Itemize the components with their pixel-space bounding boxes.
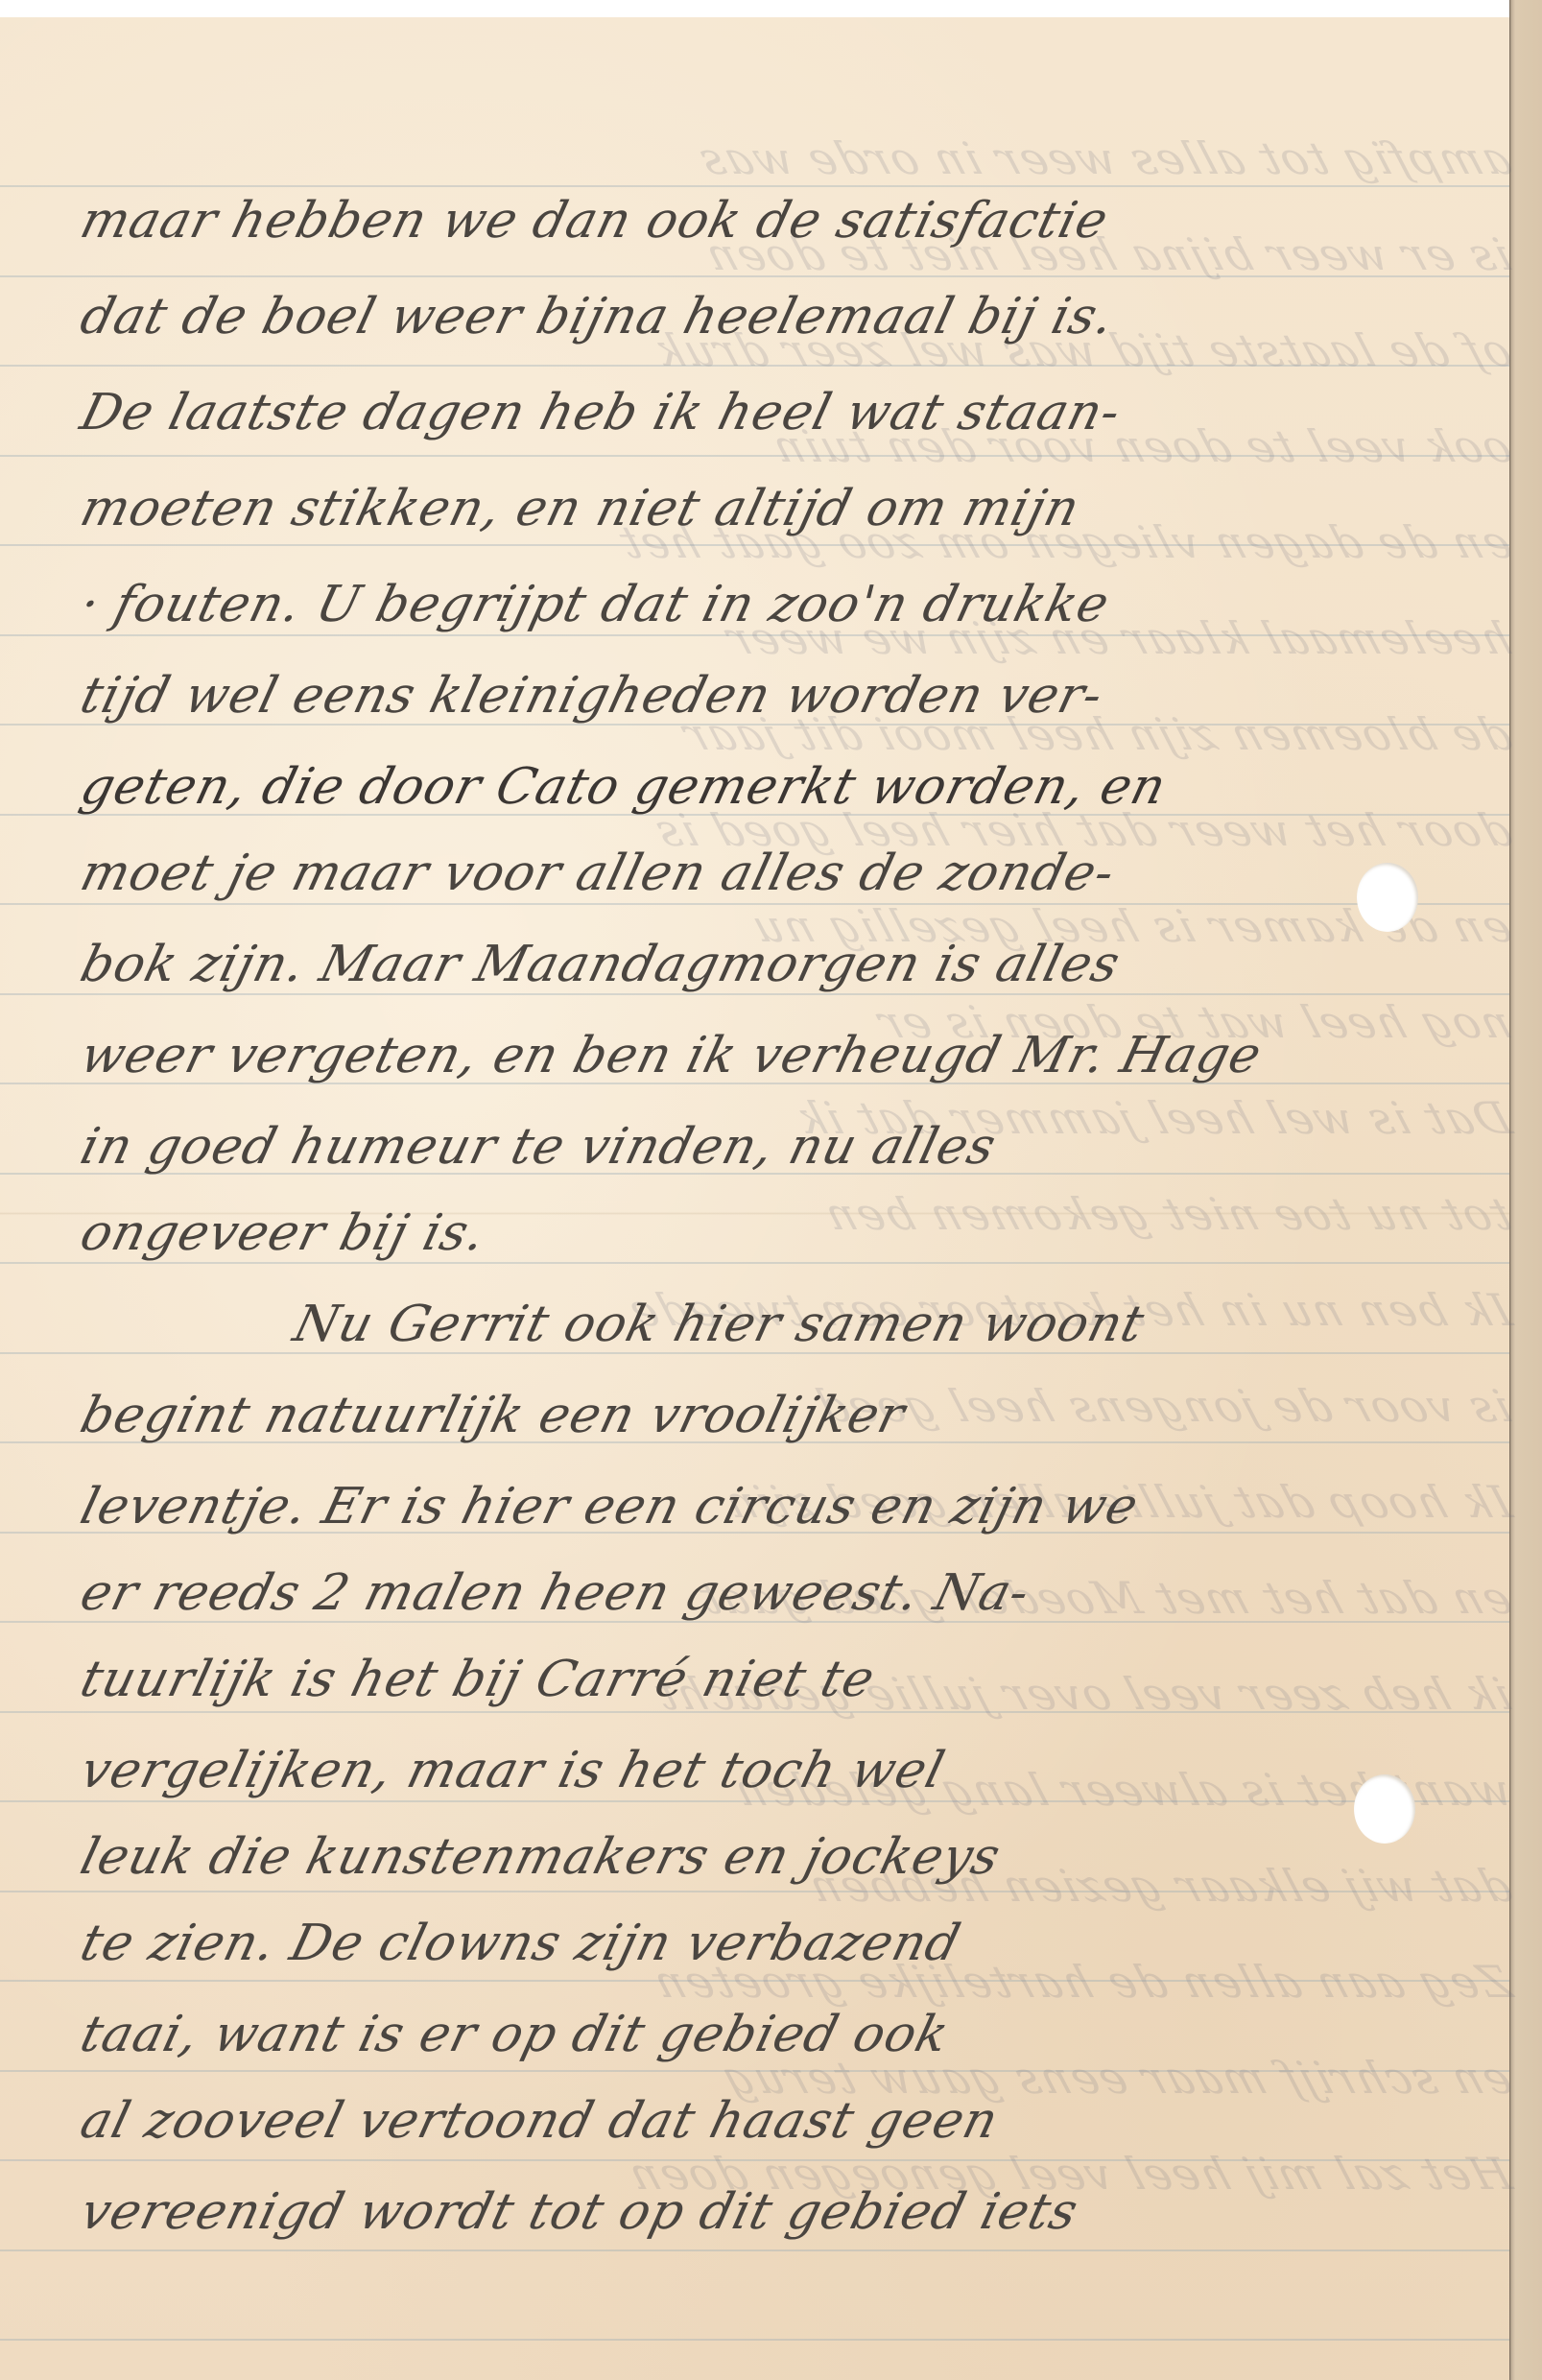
- handwritten-line: · fouten. U begrijpt dat in zoo'n drukke: [75, 576, 1399, 633]
- ruled-line: [0, 903, 1509, 905]
- handwritten-line: bok zijn. Maar Maandagmorgen is alles: [75, 936, 1399, 993]
- punch-hole: [1354, 1774, 1415, 1844]
- handwritten-line: er reeds 2 malen heen geweest. Na-: [75, 1564, 1399, 1622]
- ruled-line: [0, 544, 1509, 546]
- letter-page: ampfig tot alles weer in orde wasis er w…: [0, 17, 1509, 2380]
- bleed-through-line: ampfig tot alles weer in orde was: [0, 132, 1518, 184]
- handwritten-line: maar hebben we dan ook de satisfactie: [75, 192, 1399, 250]
- handwritten-line: te zien. De clowns zijn verbazend: [75, 1915, 1399, 1972]
- ruled-line: [0, 634, 1509, 636]
- ruled-line: [0, 1980, 1509, 1982]
- ruled-line: [0, 1262, 1509, 1264]
- ruled-line: [0, 455, 1509, 457]
- ruled-line: [0, 1711, 1509, 1713]
- handwritten-line: al zooveel vertoond dat haast geen: [75, 2092, 1399, 2150]
- handwritten-line: dat de boel weer bijna heelemaal bij is.: [75, 288, 1399, 345]
- ruled-line: [0, 2249, 1509, 2251]
- punch-hole: [1357, 863, 1418, 932]
- handwritten-line: vergelijken, maar is het toch wel: [75, 1742, 1399, 1799]
- handwritten-line: tijd wel eens kleinigheden worden ver-: [75, 667, 1399, 725]
- ruled-line: [0, 185, 1509, 187]
- handwritten-line: geten, die door Cato gemerkt worden, en: [75, 758, 1399, 816]
- handwritten-line: De laatste dagen heb ik heel wat staan-: [75, 384, 1399, 441]
- handwritten-line: leuk die kunstenmakers en jockeys: [75, 1828, 1399, 1886]
- handwritten-line: moeten stikken, en niet altijd om mijn: [75, 480, 1399, 537]
- handwritten-line: weer vergeten, en ben ik verheugd Mr. Ha…: [75, 1027, 1399, 1084]
- ruled-line: [0, 2159, 1509, 2161]
- handwritten-line: in goed humeur te vinden, nu alles: [75, 1118, 1399, 1176]
- ruled-line: [0, 993, 1509, 995]
- handwritten-line: leventje. Er is hier een circus en zijn …: [75, 1478, 1399, 1535]
- ruled-line: [0, 365, 1509, 367]
- handwritten-line: Nu Gerrit ook hier samen woont: [288, 1296, 1399, 1353]
- handwritten-line: tuurlijk is het bij Carré niet te: [75, 1651, 1399, 1708]
- ruled-line: [0, 2070, 1509, 2072]
- ruled-line: [0, 1891, 1509, 1892]
- underlying-sheet-edge: [1509, 0, 1542, 2380]
- handwritten-line: vereenigd wordt tot op dit gebied iets: [75, 2183, 1399, 2241]
- ruled-line: [0, 275, 1509, 277]
- handwritten-line: moet je maar voor allen alles de zonde-: [75, 845, 1399, 902]
- handwritten-line: ongeveer bij is.: [75, 1204, 1399, 1262]
- ruled-line: [0, 2339, 1509, 2341]
- ruled-line: [0, 1800, 1509, 1802]
- handwritten-line: taai, want is er op dit gebied ook: [75, 2006, 1399, 2063]
- handwritten-line: begint natuurlijk een vroolijker: [75, 1387, 1399, 1444]
